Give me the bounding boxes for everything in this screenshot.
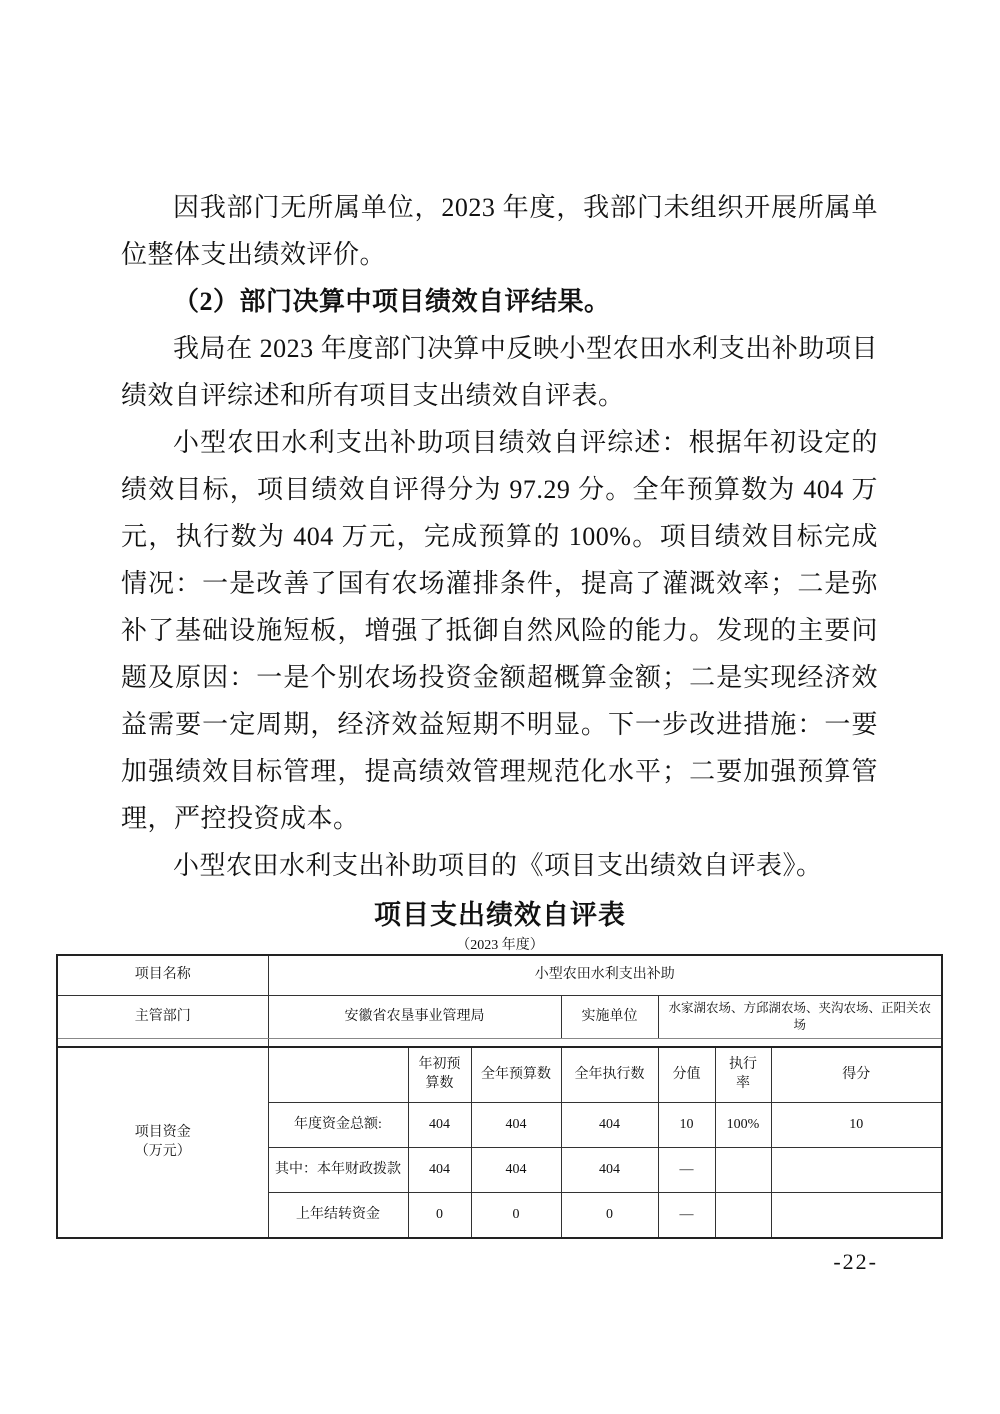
annual-total-score: 10 — [771, 1103, 942, 1148]
header-points: 分值 — [658, 1047, 715, 1103]
header-score: 得分 — [771, 1047, 942, 1103]
carryover-rate — [715, 1193, 771, 1239]
impl-unit-value: 水家湖农场、方邱湖农场、夹沟农场、正阳关农场 — [658, 996, 942, 1039]
empty-header-cell — [268, 1047, 408, 1103]
dept-label: 主管部门 — [57, 996, 268, 1039]
row-label-annual-total: 年度资金总额: — [268, 1103, 408, 1148]
impl-unit-label: 实施单位 — [561, 996, 658, 1039]
paragraph-final-accounts: 我局在 2023 年度部门决算中反映小型农田水利支出补助项目绩效自评综述和所有项… — [121, 325, 878, 419]
fiscal-annual-budget: 404 — [471, 1148, 561, 1193]
carryover-annual-budget: 0 — [471, 1193, 561, 1239]
table-row-headers: 项目资金 （万元） 年初预 算数 全年预算数 全年执行数 分值 执行 率 得分 — [57, 1047, 942, 1103]
table-title: 项目支出绩效自评表 — [0, 893, 1000, 932]
table-subtitle: （2023 年度） — [0, 934, 1000, 954]
row-label-fiscal-appropriation: 其中：本年财政拨款 — [268, 1148, 408, 1193]
table-row-project-name: 项目名称 小型农田水利支出补助 — [57, 955, 942, 996]
divider-cell-left — [57, 1039, 268, 1048]
carryover-annual-executed: 0 — [561, 1193, 658, 1239]
header-annual-executed: 全年执行数 — [561, 1047, 658, 1103]
table-divider-row — [57, 1039, 942, 1048]
fiscal-points: — — [658, 1148, 715, 1193]
dept-value: 安徽省农垦事业管理局 — [268, 996, 561, 1039]
row-label-carryover-funds: 上年结转资金 — [268, 1193, 408, 1239]
page-number: -22- — [0, 1249, 878, 1275]
header-annual-budget: 全年预算数 — [471, 1047, 561, 1103]
header-execution-rate: 执行 率 — [715, 1047, 771, 1103]
divider-cell-right — [268, 1039, 942, 1048]
carryover-score — [771, 1193, 942, 1239]
fiscal-score — [771, 1148, 942, 1193]
document-page: 因我部门无所属单位，2023 年度，我部门未组织开展所属单位整体支出绩效评价。 … — [0, 0, 1000, 1414]
project-name-value: 小型农田水利支出补助 — [268, 955, 942, 996]
paragraph-no-subordinate-units: 因我部门无所属单位，2023 年度，我部门未组织开展所属单位整体支出绩效评价。 — [121, 184, 878, 278]
header-initial-budget: 年初预 算数 — [408, 1047, 471, 1103]
annual-total-annual-executed: 404 — [561, 1103, 658, 1148]
fiscal-initial-budget: 404 — [408, 1148, 471, 1193]
annual-total-points: 10 — [658, 1103, 715, 1148]
paragraph-self-eval-summary: 小型农田水利支出补助项目绩效自评综述：根据年初设定的绩效目标，项目绩效自评得分为… — [121, 419, 878, 842]
carryover-points: — — [658, 1193, 715, 1239]
fiscal-annual-executed: 404 — [561, 1148, 658, 1193]
paragraph-table-intro: 小型农田水利支出补助项目的《项目支出绩效自评表》。 — [121, 842, 878, 889]
fiscal-rate — [715, 1148, 771, 1193]
annual-total-initial-budget: 404 — [408, 1103, 471, 1148]
project-funds-label: 项目资金 （万元） — [57, 1047, 268, 1238]
table-row-departments: 主管部门 安徽省农垦事业管理局 实施单位 水家湖农场、方邱湖农场、夹沟农场、正阳… — [57, 996, 942, 1039]
section-heading-self-eval-results: （2）部门决算中项目绩效自评结果。 — [121, 278, 878, 325]
annual-total-rate: 100% — [715, 1103, 771, 1148]
annual-total-annual-budget: 404 — [471, 1103, 561, 1148]
carryover-initial-budget: 0 — [408, 1193, 471, 1239]
project-name-label: 项目名称 — [57, 955, 268, 996]
self-evaluation-table: 项目名称 小型农田水利支出补助 主管部门 安徽省农垦事业管理局 实施单位 水家湖… — [56, 954, 943, 1239]
body-paragraphs: 因我部门无所属单位，2023 年度，我部门未组织开展所属单位整体支出绩效评价。 … — [121, 184, 878, 889]
